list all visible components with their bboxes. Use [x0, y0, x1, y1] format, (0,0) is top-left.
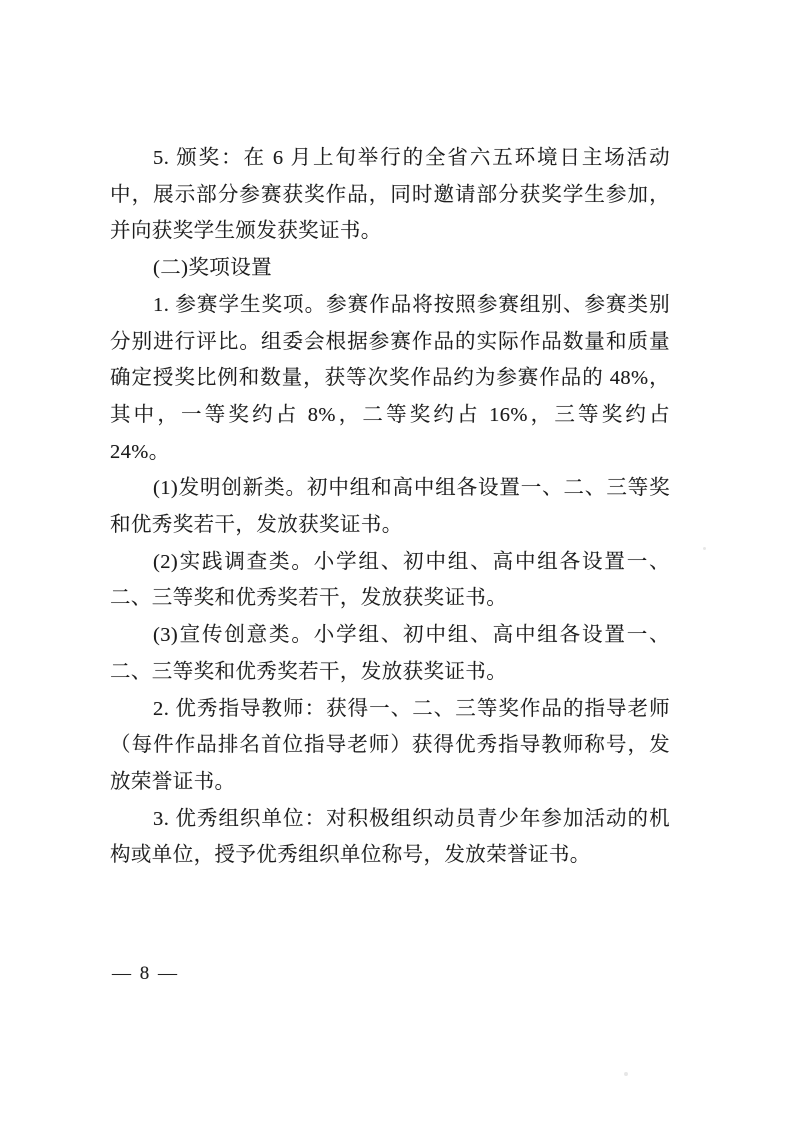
- paragraph-outstanding-organizations: 3. 优秀组织单位：对积极组织动员青少年参加活动的机构或单位，授予优秀组织单位称…: [110, 801, 670, 874]
- paragraph-award-ceremony: 5. 颁奖：在 6 月上旬举行的全省六五环境日主场活动中，展示部分参赛获奖作品，…: [110, 140, 670, 250]
- document-body: 5. 颁奖：在 6 月上旬举行的全省六五环境日主场活动中，展示部分参赛获奖作品，…: [110, 140, 670, 874]
- paragraph-outstanding-teachers: 2. 优秀指导教师：获得一、二、三等奖作品的指导老师（每件作品排名首位指导老师）…: [110, 691, 670, 801]
- section-heading-award-settings: (二)奖项设置: [110, 250, 670, 287]
- paragraph-category-publicity-creative: (3)宣传创意类。小学组、初中组、高中组各设置一、二、三等奖和优秀奖若干，发放获…: [110, 617, 670, 690]
- scan-speck: [624, 1072, 628, 1076]
- paragraph-student-awards: 1. 参赛学生奖项。参赛作品将按照参赛组别、参赛类别分别进行评比。组委会根据参赛…: [110, 287, 670, 471]
- document-page: 5. 颁奖：在 6 月上旬举行的全省六五环境日主场活动中，展示部分参赛获奖作品，…: [0, 0, 794, 1123]
- paragraph-category-invention: (1)发明创新类。初中组和高中组各设置一、二、三等奖和优秀奖若干，发放获奖证书。: [110, 470, 670, 543]
- scan-speck: [703, 547, 706, 550]
- paragraph-category-practice-survey: (2)实践调查类。小学组、初中组、高中组各设置一、二、三等奖和优秀奖若干，发放获…: [110, 544, 670, 617]
- page-number: — 8 —: [112, 963, 179, 985]
